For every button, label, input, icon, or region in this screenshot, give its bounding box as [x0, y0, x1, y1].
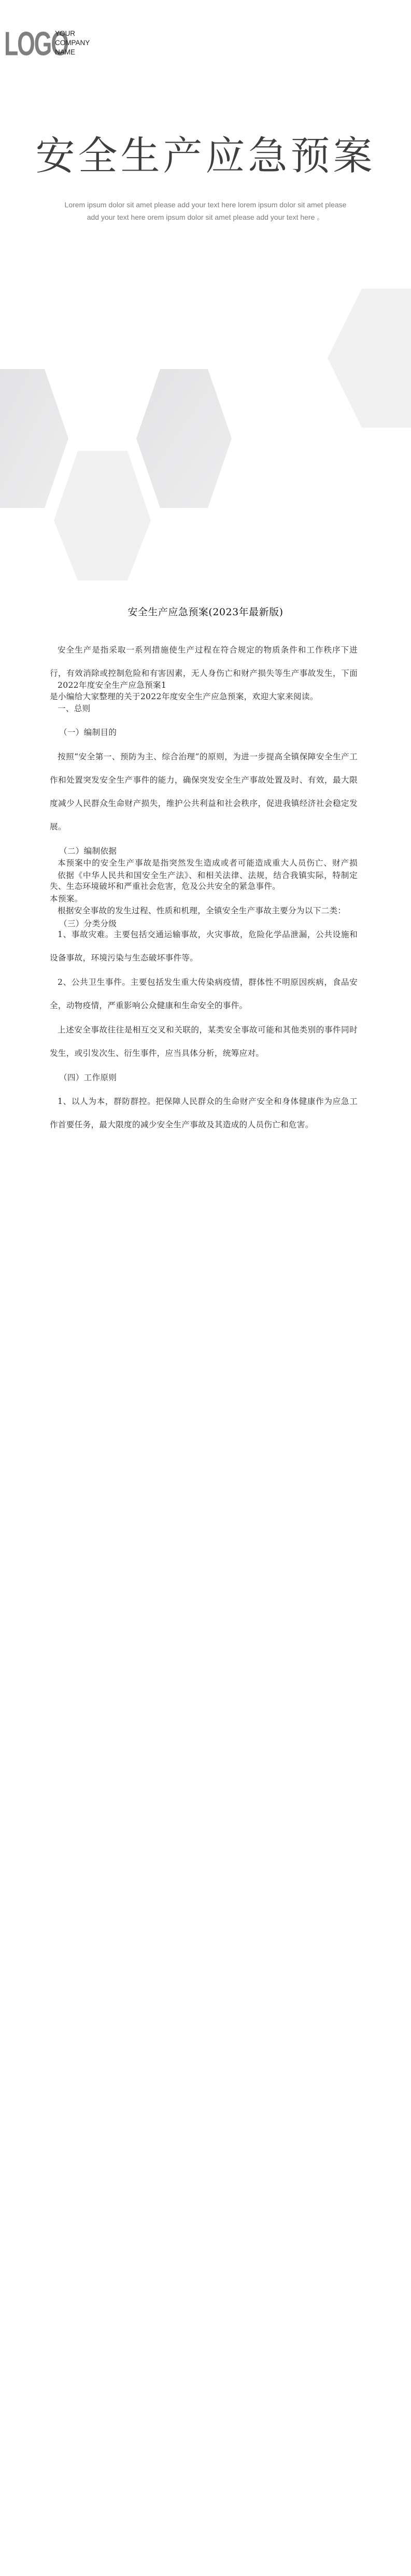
decorative-hexagons [0, 0, 411, 586]
paragraph: 本预案中的安全生产事故是指突然发生造成或者可能造成重大人员伤亡、财产损失、生态环… [50, 852, 358, 898]
hexagon-shape [54, 451, 151, 581]
document-title: 安全生产应急预案(2023年最新版) [0, 604, 411, 618]
list-item: 1、事故灾难。主要包括交通运输事故，火灾事故，危险化学品泄漏，公共设施和设备事故… [50, 923, 358, 970]
subsection-heading: （四）工作原则 [50, 1066, 358, 1089]
cover-page: LOGO YOUR COMPANY NAME 安全生产应急预案 Lorem ip… [0, 0, 411, 586]
list-item: 2、公共卫生事件。主要包括发生重大传染病疫情，群体性不明原因疾病，食品安全，动物… [50, 971, 358, 1017]
subsection-heading: （一）编制目的 [50, 721, 358, 744]
hexagon-shape [328, 289, 411, 428]
section-heading: 一、总则 [50, 697, 358, 720]
paragraph: 根据安全事故的发生过程、性质和机理，全镇安全生产事故主要分为以下二类： [50, 899, 358, 923]
paragraph: 上述安全事故往往是相互交叉和关联的，某类安全事故可能和其他类别的事件同时发生，或… [50, 1018, 358, 1065]
list-item: 1、以人为本，群防群控。把保障人民群众的生命财产安全和身体健康作为应急工作首要任… [50, 1090, 358, 1137]
section-heading: 2022年度安全生产应急预案1 [50, 674, 358, 697]
hexagon-shape [0, 369, 68, 508]
hexagon-shape [136, 369, 232, 508]
paragraph: 按照“安全第一、预防为主、综合治理”的原则，为进一步提高全镇保障安全生产工作和处… [50, 745, 358, 839]
